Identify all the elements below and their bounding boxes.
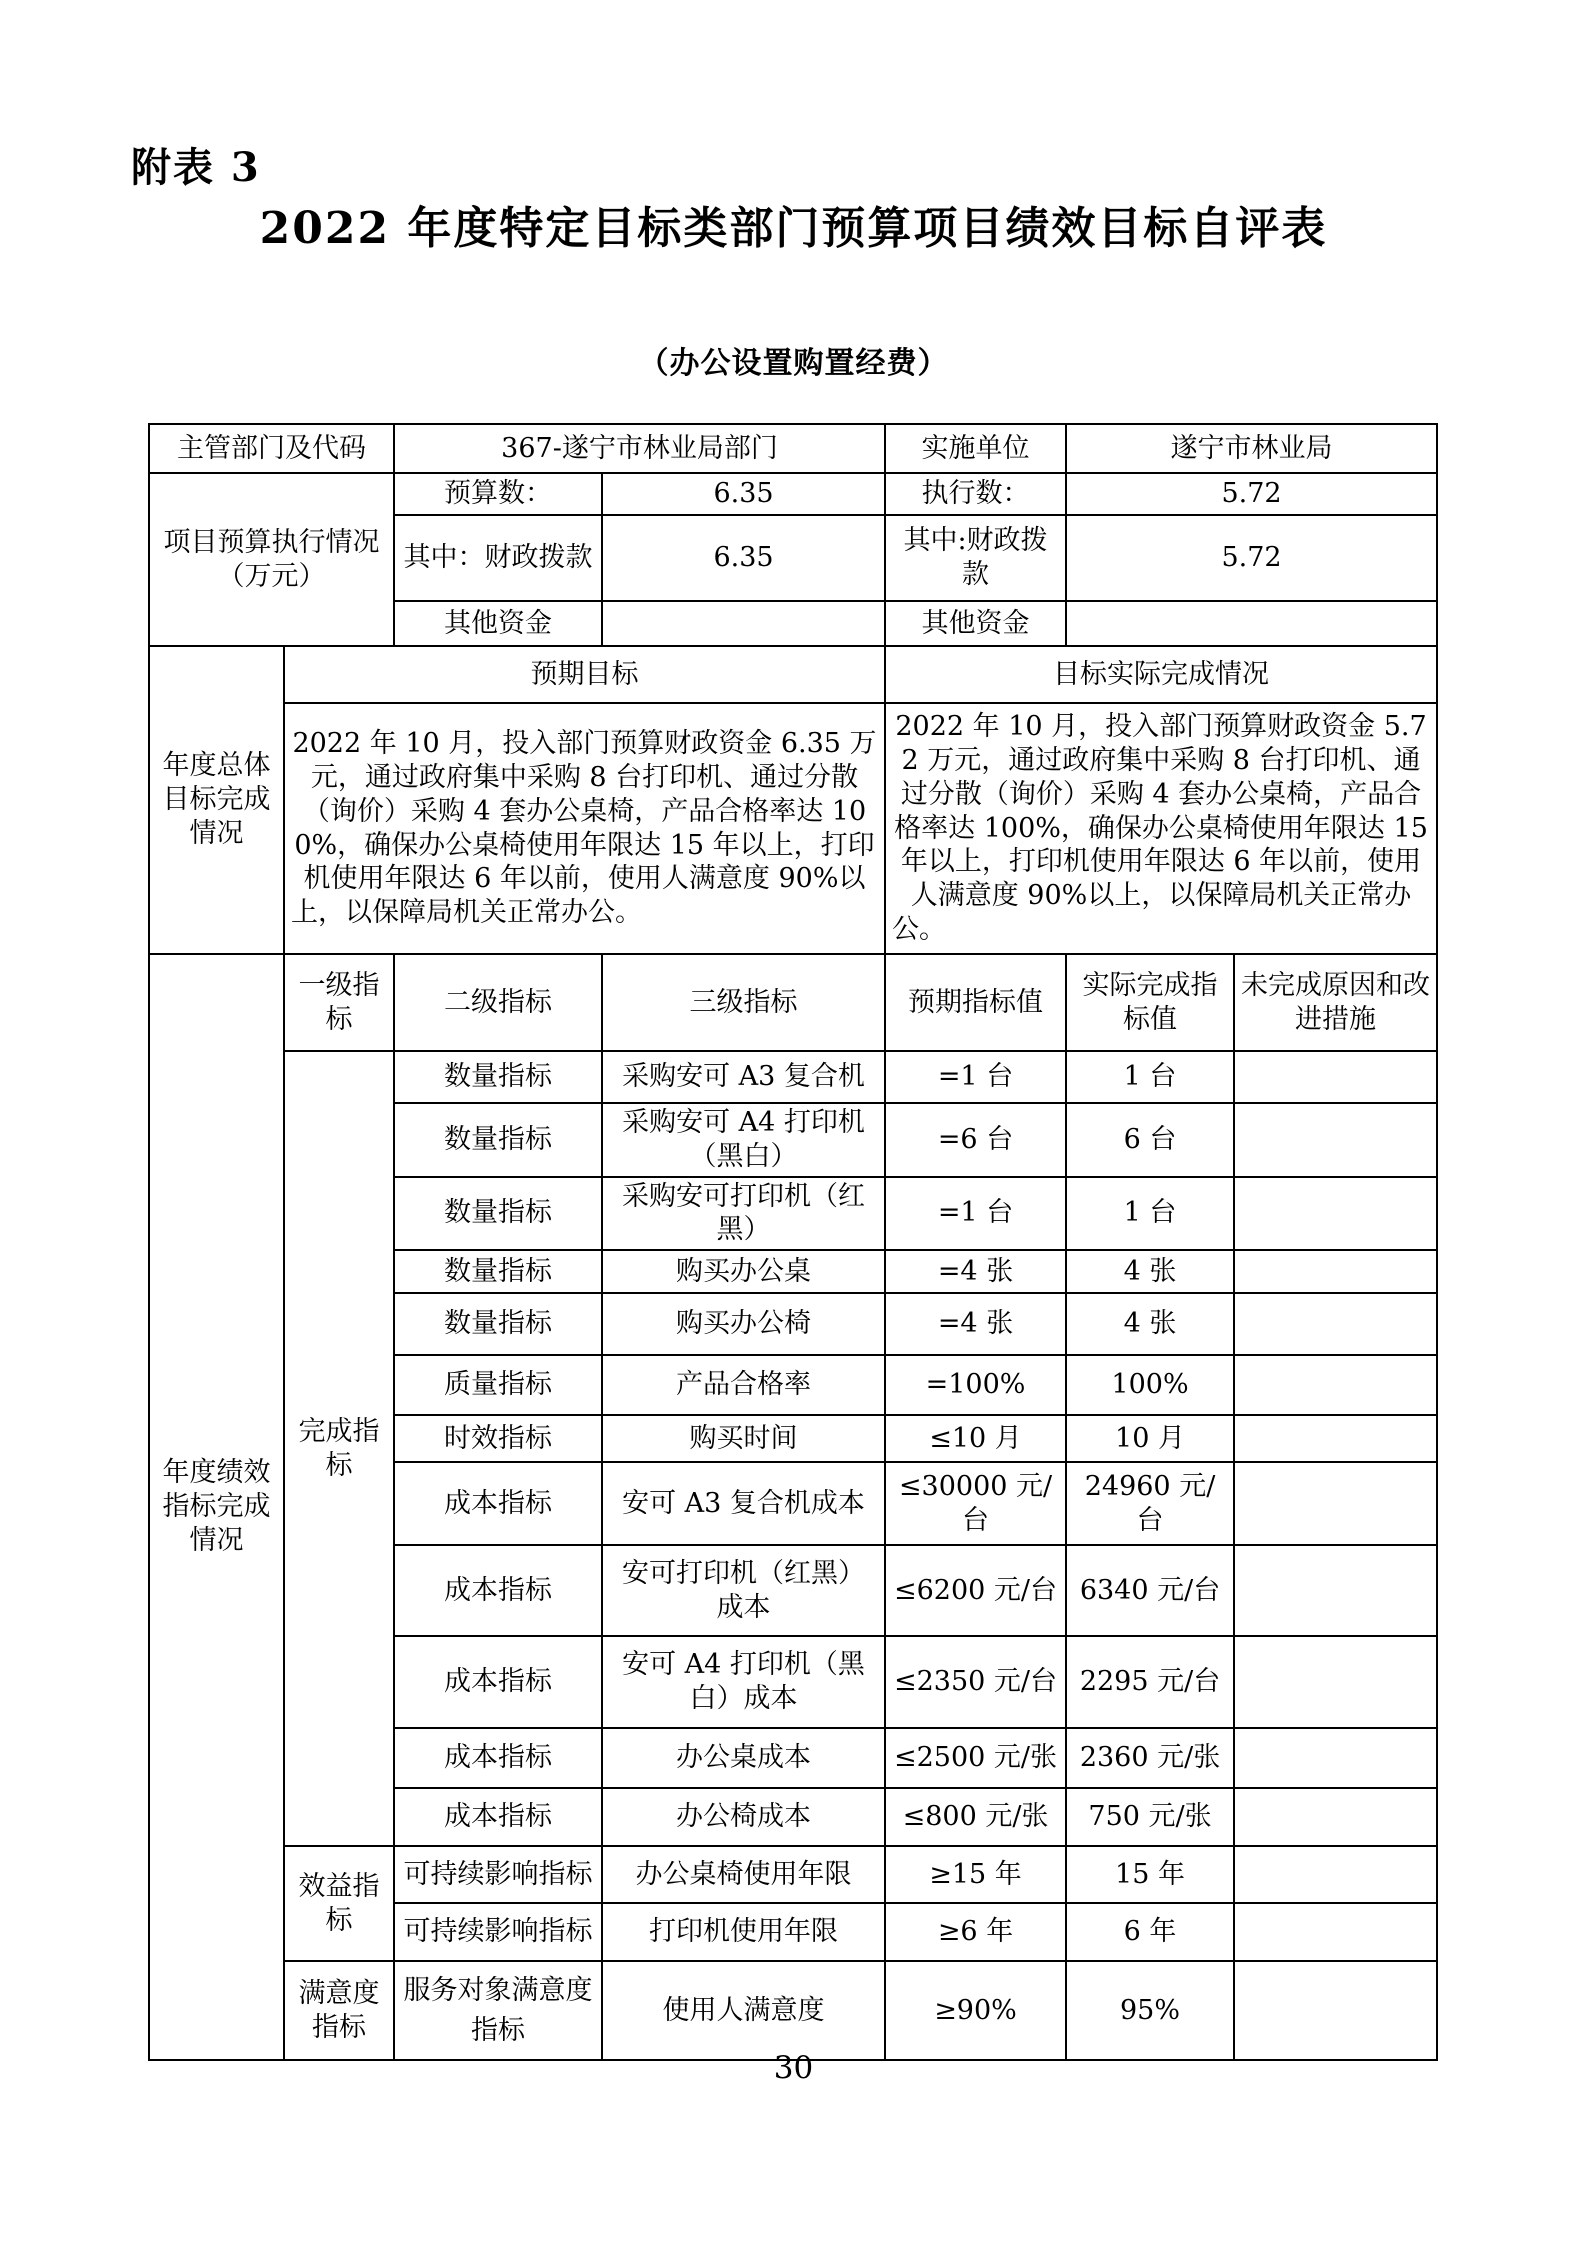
level2-cell: 可持续影响指标: [394, 1903, 602, 1961]
expected-goal-text: 2022 年 10 月，投入部门预算财政资金 6.35 万元，通过政府集中采购 …: [284, 703, 885, 954]
actual-cell: 15 年: [1066, 1846, 1234, 1903]
level3-cell: 安可打印机（红黑）成本: [602, 1545, 885, 1636]
actual-cell: 750 元/张: [1066, 1788, 1234, 1846]
actual-cell: 1 台: [1066, 1051, 1234, 1103]
table-row: 2022 年 10 月，投入部门预算财政资金 6.35 万元，通过政府集中采购 …: [149, 703, 1437, 954]
actual-cell: 6340 元/台: [1066, 1545, 1234, 1636]
budget-row-value: 5.72: [1066, 473, 1437, 515]
actual-cell: 95%: [1066, 1961, 1234, 2060]
annual-goal-section-label: 年度总体目标完成情况: [149, 646, 284, 954]
page-subtitle: （办公设置购置经费）: [0, 338, 1587, 382]
remark-cell: [1234, 1462, 1437, 1545]
level2-cell: 数量指标: [394, 1103, 602, 1177]
remark-cell: [1234, 1051, 1437, 1103]
expected-cell: =100%: [885, 1355, 1066, 1415]
level3-cell: 使用人满意度: [602, 1961, 885, 2060]
expected-cell: ≤2350 元/台: [885, 1636, 1066, 1728]
impl-unit-value: 遂宁市林业局: [1066, 424, 1437, 473]
expected-cell: ≤800 元/张: [885, 1788, 1066, 1846]
dept-code-value: 367-遂宁市林业局部门: [394, 424, 885, 473]
indicator-row: 效益指标 可持续影响指标 办公桌椅使用年限 ≥15 年 15 年: [149, 1846, 1437, 1903]
level3-cell: 购买办公椅: [602, 1293, 885, 1355]
expected-cell: ≥6 年: [885, 1903, 1066, 1961]
level2-cell: 成本指标: [394, 1636, 602, 1728]
remark-cell: [1234, 1415, 1437, 1462]
actual-cell: 100%: [1066, 1355, 1234, 1415]
actual-cell: 4 张: [1066, 1250, 1234, 1293]
level3-cell: 采购安可 A3 复合机: [602, 1051, 885, 1103]
table-row: 年度总体目标完成情况 预期目标 目标实际完成情况: [149, 646, 1437, 703]
expected-cell: ≤10 月: [885, 1415, 1066, 1462]
indicators-section-label: 年度绩效指标完成情况: [149, 954, 284, 2060]
actual-cell: 2360 元/张: [1066, 1728, 1234, 1788]
level3-cell: 办公桌椅使用年限: [602, 1846, 885, 1903]
level2-cell: 成本指标: [394, 1462, 602, 1545]
expected-cell: ≥15 年: [885, 1846, 1066, 1903]
budget-row-label: 预算数：: [394, 473, 602, 515]
budget-row-label: 其中：财政拨款: [394, 515, 602, 601]
actual-cell: 6 台: [1066, 1103, 1234, 1177]
expected-cell: =6 台: [885, 1103, 1066, 1177]
budget-row-label: 其他资金: [885, 601, 1066, 646]
col-header-remark: 未完成原因和改进措施: [1234, 954, 1437, 1051]
budget-row-value: [602, 601, 885, 646]
remark-cell: [1234, 1177, 1437, 1251]
dept-code-label: 主管部门及代码: [149, 424, 394, 473]
remark-cell: [1234, 1250, 1437, 1293]
document-page: 附表 3 2022 年度特定目标类部门预算项目绩效目标自评表 （办公设置购置经费…: [0, 0, 1587, 2245]
level3-cell: 产品合格率: [602, 1355, 885, 1415]
level1-group-label: 满意度指标: [284, 1961, 394, 2060]
page-number: 30: [0, 2050, 1587, 2086]
expected-cell: =1 台: [885, 1177, 1066, 1251]
level2-cell: 成本指标: [394, 1728, 602, 1788]
impl-unit-label: 实施单位: [885, 424, 1066, 473]
remark-cell: [1234, 1846, 1437, 1903]
actual-cell: 4 张: [1066, 1293, 1234, 1355]
table-row: 项目预算执行情况（万元） 预算数： 6.35 执行数： 5.72: [149, 473, 1437, 515]
budget-row-label: 执行数：: [885, 473, 1066, 515]
level2-cell: 成本指标: [394, 1545, 602, 1636]
actual-cell: 1 台: [1066, 1177, 1234, 1251]
expected-cell: =1 台: [885, 1051, 1066, 1103]
budget-row-value: 5.72: [1066, 515, 1437, 601]
col-header-level1: 一级指标: [284, 954, 394, 1051]
level3-cell: 打印机使用年限: [602, 1903, 885, 1961]
remark-cell: [1234, 1636, 1437, 1728]
indicator-row: 满意度指标 服务对象满意度指标 使用人满意度 ≥90% 95%: [149, 1961, 1437, 2060]
expected-cell: =4 张: [885, 1250, 1066, 1293]
level3-cell: 办公桌成本: [602, 1728, 885, 1788]
level2-cell: 时效指标: [394, 1415, 602, 1462]
appendix-label: 附表 3: [131, 136, 261, 193]
col-header-level3: 三级指标: [602, 954, 885, 1051]
remark-cell: [1234, 1961, 1437, 2060]
level2-cell: 可持续影响指标: [394, 1846, 602, 1903]
level2-cell: 成本指标: [394, 1788, 602, 1846]
level2-cell: 服务对象满意度指标: [394, 1961, 602, 2060]
actual-goal-text: 2022 年 10 月，投入部门预算财政资金 5.72 万元，通过政府集中采购 …: [885, 703, 1437, 954]
actual-cell: 10 月: [1066, 1415, 1234, 1462]
remark-cell: [1234, 1545, 1437, 1636]
budget-row-value: 6.35: [602, 515, 885, 601]
actual-goal-header: 目标实际完成情况: [885, 646, 1437, 703]
expected-cell: ≤30000 元/台: [885, 1462, 1066, 1545]
level3-cell: 购买办公桌: [602, 1250, 885, 1293]
level1-group-label: 效益指标: [284, 1846, 394, 1961]
col-header-level2: 二级指标: [394, 954, 602, 1051]
level2-cell: 数量指标: [394, 1250, 602, 1293]
expected-cell: ≤2500 元/张: [885, 1728, 1066, 1788]
expected-cell: =4 张: [885, 1293, 1066, 1355]
level2-cell: 数量指标: [394, 1293, 602, 1355]
remark-cell: [1234, 1355, 1437, 1415]
budget-section-label: 项目预算执行情况（万元）: [149, 473, 394, 646]
level3-cell: 购买时间: [602, 1415, 885, 1462]
budget-row-value: 6.35: [602, 473, 885, 515]
level3-cell: 安可 A3 复合机成本: [602, 1462, 885, 1545]
level2-cell: 数量指标: [394, 1051, 602, 1103]
remark-cell: [1234, 1788, 1437, 1846]
expected-goal-header: 预期目标: [284, 646, 885, 703]
actual-cell: 6 年: [1066, 1903, 1234, 1961]
level1-group-label: 完成指标: [284, 1051, 394, 1846]
page-title: 2022 年度特定目标类部门预算项目绩效目标自评表: [0, 192, 1587, 256]
table-row: 主管部门及代码 367-遂宁市林业局部门 实施单位 遂宁市林业局: [149, 424, 1437, 473]
col-header-expected: 预期指标值: [885, 954, 1066, 1051]
remark-cell: [1234, 1103, 1437, 1177]
col-header-actual: 实际完成指标值: [1066, 954, 1234, 1051]
level3-cell: 采购安可打印机（红黑）: [602, 1177, 885, 1251]
table-header-row: 年度绩效指标完成情况 一级指标 二级指标 三级指标 预期指标值 实际完成指标值 …: [149, 954, 1437, 1051]
budget-row-label: 其他资金: [394, 601, 602, 646]
remark-cell: [1234, 1293, 1437, 1355]
expected-cell: ≥90%: [885, 1961, 1066, 2060]
level2-cell: 质量指标: [394, 1355, 602, 1415]
remark-cell: [1234, 1728, 1437, 1788]
level3-cell: 采购安可 A4 打印机（黑白）: [602, 1103, 885, 1177]
budget-row-label: 其中:财政拨款: [885, 515, 1066, 601]
budget-row-value: [1066, 601, 1437, 646]
self-evaluation-table: 主管部门及代码 367-遂宁市林业局部门 实施单位 遂宁市林业局 项目预算执行情…: [148, 423, 1438, 2061]
expected-cell: ≤6200 元/台: [885, 1545, 1066, 1636]
actual-cell: 24960 元/台: [1066, 1462, 1234, 1545]
level3-cell: 办公椅成本: [602, 1788, 885, 1846]
remark-cell: [1234, 1903, 1437, 1961]
indicator-row: 完成指标 数量指标 采购安可 A3 复合机 =1 台 1 台: [149, 1051, 1437, 1103]
level2-cell: 数量指标: [394, 1177, 602, 1251]
level3-cell: 安可 A4 打印机（黑白）成本: [602, 1636, 885, 1728]
actual-cell: 2295 元/台: [1066, 1636, 1234, 1728]
